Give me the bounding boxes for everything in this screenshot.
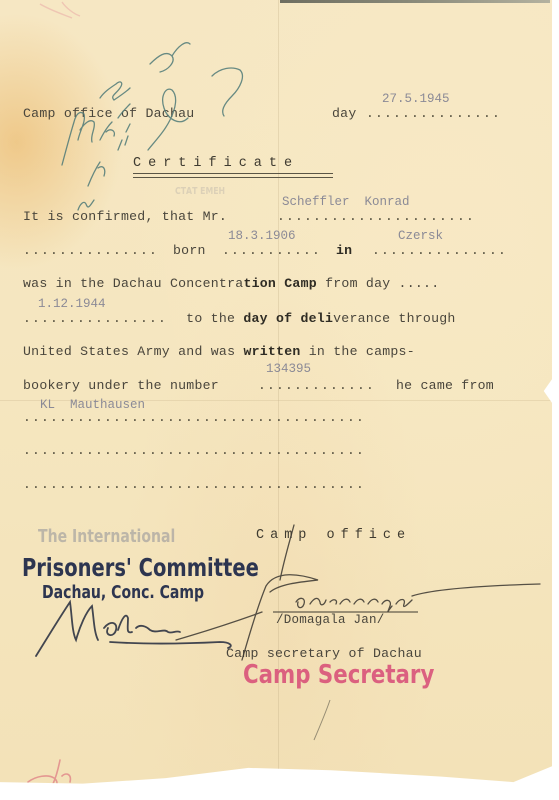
born-label: born [173,243,206,258]
faint-stamp-mark: СТАТ ЕМЕН [175,186,225,197]
from-date-value: 1.12.1944 [38,297,106,311]
line5-bold: written [243,344,300,359]
line4-part-b: verance through [333,311,455,326]
name-dots: ...................... [277,209,475,224]
signatory-role: Camp secretary of Dachau [226,646,422,661]
name-value: Scheffler Konrad [282,195,410,209]
confirm-text: It is confirmed, that Mr. [23,209,227,224]
line9-dots: ...................................... [23,477,365,492]
top-edge-strip [280,0,550,3]
line3-part-a: was in the Dachau Concentra [23,276,243,291]
header-office: Camp office of Dachau [23,106,194,121]
pencil-stroke-lower [314,700,330,740]
line7-dots: ...................................... [23,410,365,425]
in-label-text: in [336,243,352,258]
camp-office-label: Camp office [256,528,411,543]
birth-place-dots: ............... [372,243,507,258]
line5-text: United States Army and was written in th… [23,344,415,359]
certificate-title: Certificate [133,156,299,171]
prisoner-number-value: 134395 [266,362,311,376]
line6-text: bookery under the number [23,378,219,393]
line4-part-a: to the [178,311,243,326]
line5-part-a: United States Army and was [23,344,243,359]
number-dots: ............. [258,378,375,393]
line4-bold: day of deli [243,311,333,326]
line3-part-b: from day ..... [317,276,439,291]
came-from-label: he came from [396,378,494,393]
line3-bold: tion Camp [243,276,316,291]
line5-part-b: in the camps- [301,344,415,359]
signatory-name: /Domagala Jan/ [276,613,385,627]
camp-secretary-stamp: Camp Secretary [243,660,434,690]
from-date-dots: ................ [23,311,167,326]
certificate-paper: Camp office of Dachau day ..............… [0,0,552,790]
birth-date-value: 18.3.1906 [228,229,296,243]
red-initial-mark [28,760,70,788]
committee-stamp-line2: Prisoners' Committee [22,553,259,582]
in-label: in [336,243,352,258]
committee-stamp-line3: Dachau, Conc. Camp [42,582,204,603]
line8-dots: ...................................... [23,443,365,458]
line2-dots-a: ............... [23,243,158,258]
faint-red-mark-top [40,2,80,18]
birth-date-dots: ........... [222,243,321,258]
committee-signature [36,602,98,656]
committee-stamp-line1: The International [38,526,175,547]
day-value: 27.5.1945 [382,92,450,106]
day-label: day [332,106,357,121]
birth-place-value: Czersk [398,229,443,243]
line4-text: to the day of deliverance through [178,311,456,326]
title-double-underline [133,173,333,178]
line3-text: was in the Dachau Concentration Camp fro… [23,276,439,291]
day-dots: ............... [366,106,501,121]
